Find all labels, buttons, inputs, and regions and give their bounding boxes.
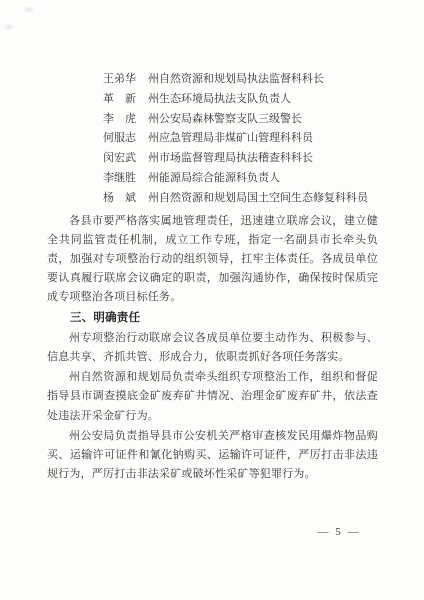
paragraph-joint-action: 州专项整治行动联席会议各成员单位要主动作为、积极参与、信息共享、齐抓共管、形成合… [47,329,378,367]
person-title: 州自然资源和规划局执法监督科科长 [148,70,324,90]
scan-smudge [25,7,33,12]
person-title: 州自然资源和规划局国土空间生态修复科科员 [148,189,368,209]
scan-smudge [5,25,13,29]
document-page: 王弟华 州自然资源和规划局执法监督科科长 革 新 州生态环境局执法支队负责人 李… [0,0,424,600]
personnel-row: 李继胜 州能源局综合能源科负责人 [103,169,378,189]
personnel-row: 何服志 州应急管理局非煤矿山管理科科员 [103,129,378,149]
person-name: 何服志 [103,129,137,149]
personnel-row: 杨 斌 州自然资源和规划局国土空间生态修复科科员 [103,189,378,209]
person-title: 州市场监督管理局执法稽查科科长 [148,149,313,169]
paragraph-territorial-responsibility: 各县市要严格落实属地管理责任，迅速建立联席会议，建立健全共同监管责任机制，成立工… [47,212,378,308]
person-name: 闵宏武 [103,149,137,169]
person-name: 杨 斌 [103,189,137,209]
page-number: — 5 — [311,526,367,538]
person-title: 州应急管理局非煤矿山管理科科员 [148,129,313,149]
section-heading: 三、明确责任 [47,309,378,328]
person-title: 州能源局综合能源科负责人 [148,169,280,189]
person-name: 李继胜 [103,169,137,189]
document-content: 王弟华 州自然资源和规划局执法监督科科长 革 新 州生态环境局执法支队负责人 李… [47,70,378,484]
person-name: 王弟华 [103,70,137,90]
person-name: 革 新 [103,90,137,110]
paragraph-natural-resources: 州自然资源和规划局负责牵头组织专项整治工作，组织和督促指导县市调查摸底金矿废弃矿… [47,368,378,426]
person-title: 州生态环境局执法支队负责人 [148,90,291,110]
person-name: 李 虎 [103,110,137,130]
personnel-row: 闵宏武 州市场监督管理局执法稽查科科长 [103,149,378,169]
personnel-row: 革 新 州生态环境局执法支队负责人 [103,90,378,110]
paragraph-public-security: 州公安局负责指导县市公安机关严格审查核发民用爆炸物品购买、运输许可证件和氰化钠购… [47,427,378,485]
personnel-row: 王弟华 州自然资源和规划局执法监督科科长 [103,70,378,90]
document-body: 各县市要严格落实属地管理责任，迅速建立联席会议，建立健全共同监管责任机制，成立工… [47,212,378,485]
personnel-list: 王弟华 州自然资源和规划局执法监督科科长 革 新 州生态环境局执法支队负责人 李… [47,70,378,209]
person-title: 州公安局森林警察支队三级警长 [148,110,302,130]
personnel-row: 李 虎 州公安局森林警察支队三级警长 [103,110,378,130]
